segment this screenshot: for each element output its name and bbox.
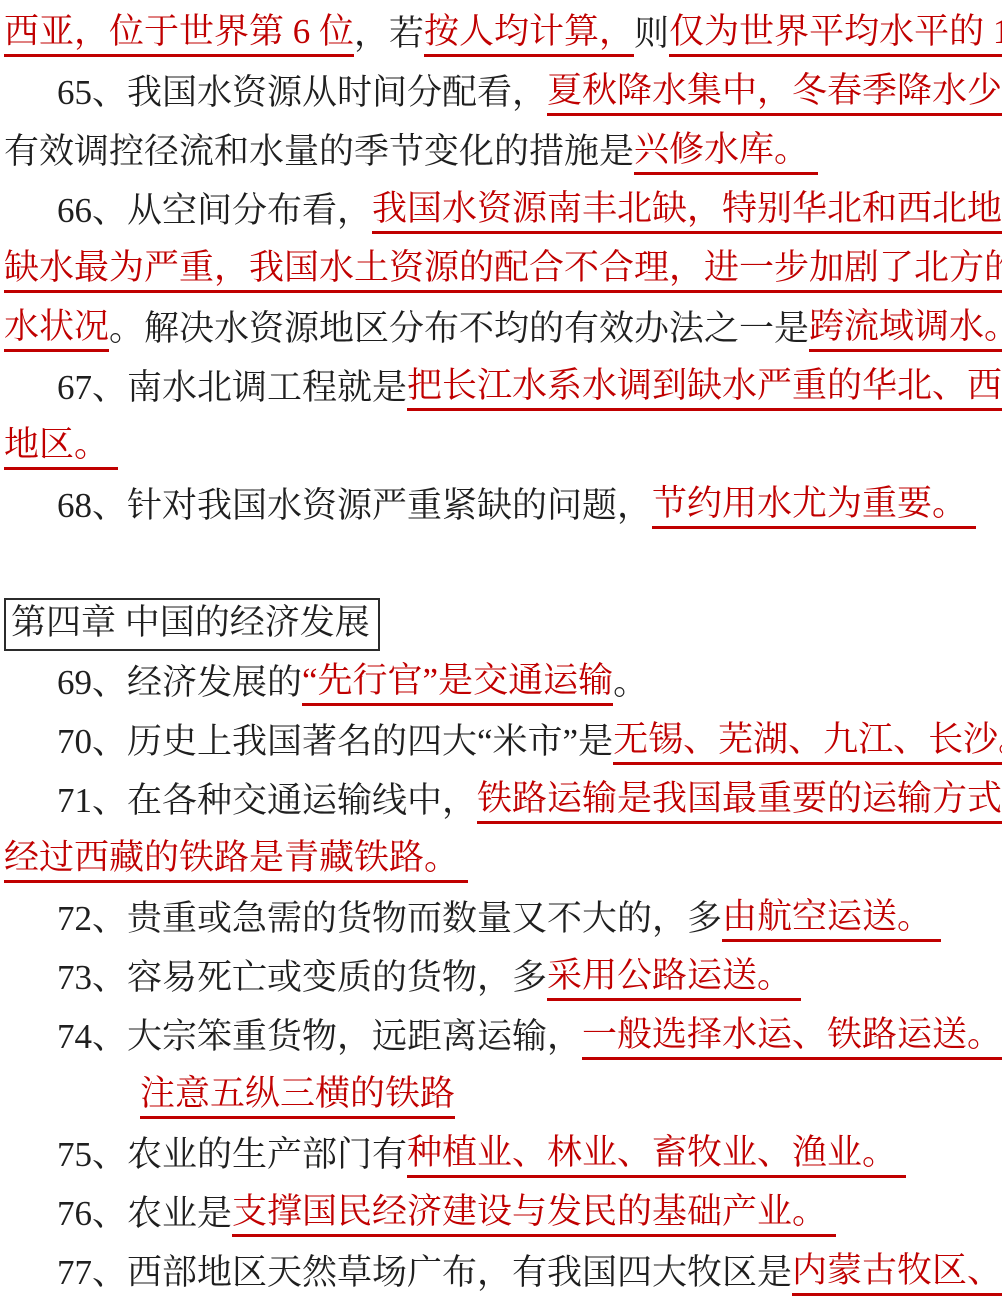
text-line: 经过西藏的铁路是青藏铁路。 bbox=[0, 831, 1002, 890]
answer-text: 把长江水系水调到缺水严重的华北、西北 bbox=[407, 366, 1002, 411]
body-text: 76、农业是 bbox=[57, 1194, 232, 1234]
body-text: 69、经济发展的 bbox=[57, 663, 302, 703]
body-text: 。解决水资源地区分布不均的有效办法之一是 bbox=[109, 309, 809, 349]
answer-text: 水状况 bbox=[4, 307, 109, 352]
body-text: ，若 bbox=[354, 14, 424, 54]
answer-text: 西亚，位于世界第 6 位 bbox=[4, 12, 354, 57]
answer-text: 注意五纵三横的铁路 bbox=[140, 1074, 455, 1119]
body-text: 有效调控径流和水量的季节变化的措施是 bbox=[4, 132, 634, 172]
chapter-heading-line: 第四章 中国的经济发展 bbox=[0, 595, 1002, 654]
answer-text: 我国水资源南丰北缺，特别华北和西北地区 bbox=[372, 189, 1002, 234]
answer-text: 缺水最为严重，我国水土资源的配合不合理，进一步加剧了北方的缺 bbox=[4, 248, 1002, 293]
answer-text: 铁路运输是我国最重要的运输方式。 bbox=[477, 779, 1002, 824]
document-lines: 西亚，位于世界第 6 位，若按人均计算，则仅为世界平均水平的 1/4。65、我国… bbox=[0, 5, 1002, 1303]
answer-text: 地区。 bbox=[4, 425, 118, 470]
text-line: 65、我国水资源从时间分配看，夏秋降水集中，冬春季降水少。 bbox=[0, 64, 1002, 123]
answer-text: 仅为世界平均水平的 1/4。 bbox=[669, 12, 1002, 57]
body-text: 73、容易死亡或变质的货物，多 bbox=[57, 958, 547, 998]
body-text: 第四章 中国的经济发展 bbox=[11, 603, 370, 643]
body-text: 66、从空间分布看， bbox=[57, 191, 372, 231]
text-line: 71、在各种交通运输线中，铁路运输是我国最重要的运输方式。 bbox=[0, 772, 1002, 831]
body-text: 77、西部地区天然草场广布，有我国四大牧区是 bbox=[57, 1253, 792, 1293]
answer-text: 支撑国民经济建设与发民的基础产业。 bbox=[232, 1192, 836, 1237]
text-line: 76、农业是支撑国民经济建设与发民的基础产业。 bbox=[0, 1185, 1002, 1244]
answer-text: 节约用水尤为重要。 bbox=[652, 484, 976, 529]
document-page: 西亚，位于世界第 6 位，若按人均计算，则仅为世界平均水平的 1/4。65、我国… bbox=[0, 0, 1002, 1312]
chapter-heading-box: 第四章 中国的经济发展 bbox=[4, 598, 380, 650]
answer-text: 内蒙古牧区、青 bbox=[792, 1251, 1002, 1296]
answer-text: 无锡、芜湖、九江、长沙。 bbox=[613, 720, 1002, 765]
text-line: 西亚，位于世界第 6 位，若按人均计算，则仅为世界平均水平的 1/4。 bbox=[0, 5, 1002, 64]
text-line: 66、从空间分布看，我国水资源南丰北缺，特别华北和西北地区 bbox=[0, 182, 1002, 241]
answer-text: “先行官”是交通运输 bbox=[302, 661, 613, 706]
body-text: 74、大宗笨重货物，远距离运输， bbox=[57, 1017, 582, 1057]
body-text: 68、针对我国水资源严重紧缺的问题， bbox=[57, 486, 652, 526]
answer-text: 采用公路运送。 bbox=[547, 956, 801, 1001]
body-text: 72、贵重或急需的货物而数量又不大的，多 bbox=[57, 899, 722, 939]
body-text: 75、农业的生产部门有 bbox=[57, 1135, 407, 1175]
answer-text: 经过西藏的铁路是青藏铁路。 bbox=[4, 838, 468, 883]
answer-text: 跨流域调水。 bbox=[809, 307, 1002, 352]
body-text: 则 bbox=[634, 14, 669, 54]
blank-line bbox=[0, 536, 1002, 595]
body-text: 。 bbox=[613, 663, 648, 703]
answer-text: 种植业、林业、畜牧业、渔业。 bbox=[407, 1133, 906, 1178]
body-text: 67、南水北调工程就是 bbox=[57, 368, 407, 408]
answer-text: 夏秋降水集中，冬春季降水少。 bbox=[547, 71, 1002, 116]
body-text: 65、我国水资源从时间分配看， bbox=[57, 73, 547, 113]
text-line: 74、大宗笨重货物，远距离运输，一般选择水运、铁路运送。 bbox=[0, 1008, 1002, 1067]
text-line: 72、贵重或急需的货物而数量又不大的，多由航空运送。 bbox=[0, 890, 1002, 949]
answer-text: 由航空运送。 bbox=[722, 897, 941, 942]
answer-text: 按人均计算， bbox=[424, 12, 634, 57]
answer-text: 兴修水库。 bbox=[634, 130, 818, 175]
text-line: 有效调控径流和水量的季节变化的措施是兴修水库。 bbox=[0, 123, 1002, 182]
text-line: 70、历史上我国著名的四大“米市”是无锡、芜湖、九江、长沙。 bbox=[0, 713, 1002, 772]
body-text: 71、在各种交通运输线中， bbox=[57, 781, 477, 821]
text-line: 地区。 bbox=[0, 418, 1002, 477]
text-line: 67、南水北调工程就是把长江水系水调到缺水严重的华北、西北 bbox=[0, 359, 1002, 418]
text-line: 注意五纵三横的铁路 bbox=[0, 1067, 1002, 1126]
text-line: 缺水最为严重，我国水土资源的配合不合理，进一步加剧了北方的缺 bbox=[0, 241, 1002, 300]
answer-text: 一般选择水运、铁路运送。 bbox=[582, 1015, 1002, 1060]
text-line: 68、针对我国水资源严重紧缺的问题，节约用水尤为重要。 bbox=[0, 477, 1002, 536]
text-line: 水状况。解决水资源地区分布不均的有效办法之一是跨流域调水。 bbox=[0, 300, 1002, 359]
text-line: 75、农业的生产部门有种植业、林业、畜牧业、渔业。 bbox=[0, 1126, 1002, 1185]
body-text: 70、历史上我国著名的四大“米市”是 bbox=[57, 722, 613, 762]
text-line: 77、西部地区天然草场广布，有我国四大牧区是内蒙古牧区、青 bbox=[0, 1244, 1002, 1303]
text-line: 73、容易死亡或变质的货物，多采用公路运送。 bbox=[0, 949, 1002, 1008]
text-line: 69、经济发展的“先行官”是交通运输。 bbox=[0, 654, 1002, 713]
